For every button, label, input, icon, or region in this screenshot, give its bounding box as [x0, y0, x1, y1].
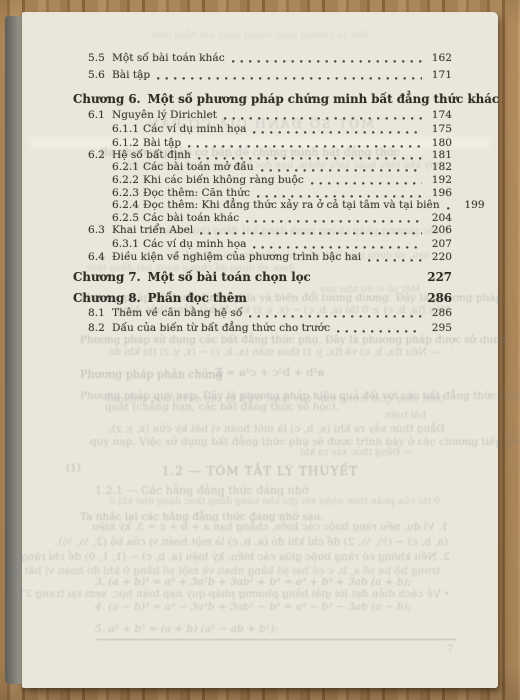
toc-title: Thêm về cân bằng hệ số: [112, 307, 242, 319]
dot-leader: [257, 195, 422, 198]
toc-page-number: 199: [459, 199, 485, 211]
toc-page-number: 207: [426, 238, 452, 250]
dot-leader: [249, 315, 422, 318]
toc-section-number: 5.5: [88, 52, 112, 64]
toc-title: Nguyên lý Dirichlet: [112, 109, 217, 121]
toc-title: Các ví dụ minh họa: [143, 123, 246, 135]
toc-chapter-label: Chương 6.: [73, 93, 141, 105]
toc-page-number: 174: [426, 109, 452, 121]
toc-page-number: 204: [426, 212, 452, 224]
toc-page-number: 206: [426, 224, 452, 236]
toc-row: 6.2.5Các bài toán khác204: [112, 212, 452, 224]
dot-leader: [253, 246, 422, 249]
toc-row: 6.2.1Các bài toán mở đầu182: [112, 161, 452, 173]
toc-page-number: 295: [426, 322, 452, 334]
toc-page-number: 196: [426, 187, 452, 199]
toc-chapter-row: Chương 6.Một số phương pháp chứng minh b…: [73, 93, 452, 105]
bleed-through-line: 0 thì của phần thức nhận xét ghi nhớ hằn…: [95, 496, 440, 507]
toc-chapter-label: Chương 7.: [73, 271, 141, 283]
toc-row: 6.1.1Các ví dụ minh họa175: [112, 123, 452, 135]
toc-title: Một số bài toán chọn lọc: [148, 271, 311, 283]
toc-page-number: 286: [426, 292, 452, 304]
toc-section-number: 8.1: [88, 307, 112, 319]
toc-title: Các ví dụ minh họa: [143, 238, 246, 250]
bleed-through-line: 2. Nếu không có ràng buộc giữa các biến,…: [76, 552, 450, 563]
toc-section-number: 6.2.4: [112, 199, 143, 211]
bleed-through-line: (a, b, c) ∼ (½, ⅓, 2) để chỉ khi đó (a, …: [82, 537, 448, 548]
toc-title: Một số bài toán khác: [112, 52, 225, 64]
toc-section-number: 6.1: [88, 109, 112, 121]
toc-title: Một số phương pháp chứng minh bất đẳng t…: [148, 93, 499, 105]
dot-leader: [368, 259, 422, 262]
toc-section-number: 6.2.5: [112, 212, 143, 224]
bleed-through-line: 4. (a − b)³ = a³ − 3a²b + 3ab² − b³ = a³…: [95, 602, 411, 613]
bleed-through-rule: [96, 639, 456, 640]
toc-section-number: 6.3: [88, 224, 112, 236]
toc-chapter-label: Chương 8.: [73, 292, 141, 304]
toc-page-number: 180: [426, 137, 452, 149]
dot-leader: [253, 131, 422, 134]
dot-leader: [200, 232, 422, 235]
toc-title: Khai triển Abel: [112, 224, 193, 236]
toc-row: 6.1Nguyên lý Dirichlet174: [88, 109, 452, 121]
dot-leader: [337, 330, 422, 333]
toc-section-number: 6.1.2: [112, 137, 143, 149]
toc-page-number: 182: [426, 161, 452, 173]
toc-page-number: 171: [426, 69, 452, 81]
bleed-through-line: 1. Ví dụ, nếu ràng buộc các biến, chẳng …: [82, 522, 448, 533]
bleed-through-line: 1.2 — TÓM TẮT LÝ THUYẾT: [30, 466, 490, 477]
toc-row: 8.1Thêm về cân bằng hệ số286: [88, 307, 452, 319]
toc-title: Đọc thêm: Căn thức: [143, 187, 250, 199]
toc-row: 5.6Bài tập171: [88, 69, 452, 81]
bleed-through-line: Phương pháp sử dụng các bất đẳng thức ph…: [80, 335, 507, 346]
toc-section-number: 6.2.1: [112, 161, 143, 173]
toc-section-number: 6.1.1: [112, 123, 143, 135]
toc-title: Phần đọc thêm: [148, 292, 247, 304]
toc-section-number: 6.3.1: [112, 238, 143, 250]
toc-row: 6.2Hệ số bất định181: [88, 149, 452, 161]
toc-row: 6.2.4Đọc thêm: Khi đẳng thức xảy ra ở cả…: [112, 199, 452, 211]
toc-row: 6.1.2Bài tập180: [112, 137, 452, 149]
toc-row: 5.5Một số bài toán khác162: [88, 52, 452, 64]
toc-page-number: 192: [426, 174, 452, 186]
toc-row: 6.2.3Đọc thêm: Căn thức196: [112, 187, 452, 199]
toc-row: 6.3Khai triển Abel206: [88, 224, 452, 236]
toc-title: Hệ số bất định: [112, 149, 191, 161]
toc-row: 6.3.1Các ví dụ minh họa207: [112, 238, 452, 250]
toc-section-number: 5.6: [88, 69, 112, 81]
dot-leader: [311, 182, 422, 185]
toc-page-number: 175: [426, 123, 452, 135]
toc-title: Bài tập: [143, 137, 181, 149]
dot-leader: [198, 157, 422, 160]
bleed-through-page-number: 7: [447, 644, 454, 655]
dot-leader: [447, 207, 455, 210]
toc-page-number: 286: [426, 307, 452, 319]
toc-title: Khi các biến không ràng buộc: [143, 174, 304, 186]
toc-page-number: 220: [426, 251, 452, 263]
toc-title: Các bài toán khác: [143, 212, 239, 224]
toc-page-number: 162: [426, 52, 452, 64]
bleed-through-line: 1.2.1 — Các hằng đẳng thức đáng nhớ: [95, 485, 308, 496]
bleed-through-line: — Đẳng thức xảy ra khi: [300, 447, 413, 458]
toc-row: 6.4Điều kiện về nghiệm của phương trình …: [88, 251, 452, 263]
dot-leader: [246, 220, 422, 223]
dot-leader: [261, 169, 422, 172]
toc-page-number: 227: [426, 271, 452, 283]
bleed-through-line: — Nếu f(a, b, c) và f(x, y, z) thỏa mãn …: [95, 347, 440, 358]
bleed-through-line: a²b + b²c + c²a = Σ: [215, 367, 324, 378]
toc-section-number: 6.4: [88, 251, 112, 263]
toc-chapter-row: Chương 7.Một số bài toán chọn lọc227: [73, 271, 452, 283]
toc-row: 6.2.2Khi các biến không ràng buộc192: [112, 174, 452, 186]
toc-title: Điều kiện về nghiệm của phương trình bậc…: [112, 251, 361, 263]
toc-section-number: 6.2: [88, 149, 112, 161]
toc-title: Bài tập: [112, 69, 150, 81]
bleed-through-line: 3. (a + b)³ = a³ + 3a²b + 3ab² + b³ = a³…: [95, 577, 411, 588]
bleed-through-line: bài toán: [385, 410, 426, 421]
photo-of-book-page: { "colors":{"wood":"#ab8455","paper":"#e…: [0, 0, 520, 700]
dot-leader: [224, 117, 422, 120]
bleed-through-line: • Về cách diễn đạt lời giải bằng phương …: [78, 589, 450, 600]
toc-chapter-row: Chương 8.Phần đọc thêm286: [73, 292, 452, 304]
bleed-through-line: Đẳng thức xảy ra khi (a, b, c) là một ho…: [100, 424, 445, 435]
toc-section-number: 6.2.3: [112, 187, 143, 199]
bleed-through-line: quát (chẳng hạn, các bất đẳng thức số họ…: [105, 402, 339, 413]
toc-title: Các bài toán mở đầu: [143, 161, 254, 173]
toc-title: Đọc thêm: Khi đẳng thức xảy ra ở cả tại …: [143, 199, 440, 211]
bleed-through-line: Một số phương pháp chứng minh bất đẳng t…: [30, 31, 490, 42]
dot-leader: [157, 77, 422, 80]
toc-title: Dấu của biến từ bất đẳng thức cho trước: [112, 322, 330, 334]
dot-leader: [232, 60, 422, 63]
toc-row: 8.2Dấu của biến từ bất đẳng thức cho trư…: [88, 322, 452, 334]
bleed-through-line: 5. a³ + b³ = (a + b) (a² − ab + b²);: [95, 624, 278, 635]
bleed-through-line: Phương pháp phản chứng: [80, 369, 223, 380]
toc-section-number: 6.2.2: [112, 174, 143, 186]
toc-section-number: 8.2: [88, 322, 112, 334]
toc-page-number: 181: [426, 149, 452, 161]
dot-leader: [188, 145, 422, 148]
